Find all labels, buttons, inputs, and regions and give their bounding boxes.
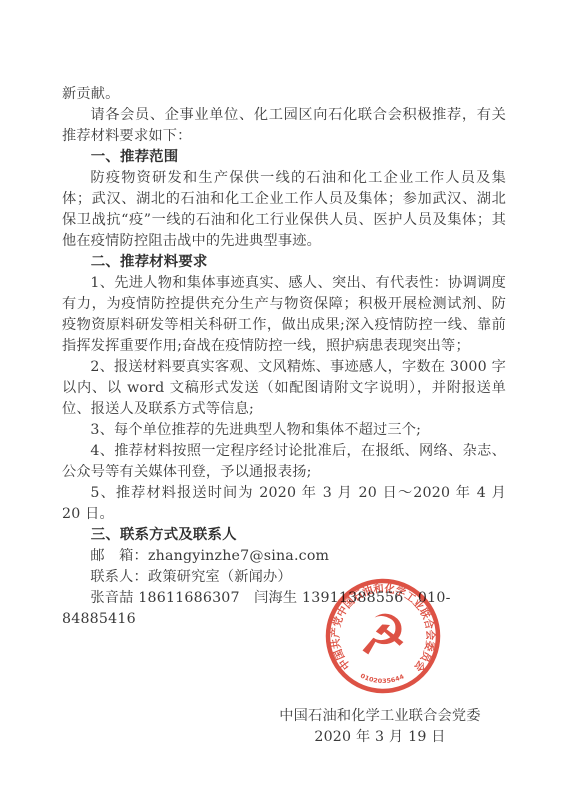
section-heading-3: 三、联系方式及联系人 [62,525,506,546]
paragraph-continuation: 新贡献。 [62,84,506,105]
official-seal: 中国共产党中国石油和化学工业联合会委员会 0102035644 ☭ [323,576,443,696]
signature-block: 中国石油和化学工业联合会党委 2020 年 3 月 19 日 [274,706,486,748]
list-item-2: 2、报送材料要真实客观、文风精炼、事迹感人，字数在 3000 字以内、以 wor… [62,357,506,420]
list-item-1: 1、先进人物和集体事迹真实、感人、突出、有代表性：协调调度有力，为疫情防控提供充… [62,273,506,357]
list-item-3: 3、每个单位推荐的先进典型人物和集体不超过三个; [62,420,506,441]
section-heading-1: 一、推荐范围 [62,147,506,168]
section-heading-2: 二、推荐材料要求 [62,252,506,273]
paragraph-scope: 防疫物资研发和生产保供一线的石油和化工企业工作人员及集体；武汉、湖北的石油和化工… [62,168,506,252]
paragraph-intro: 请各会员、企事业单位、化工园区向石化联合会积极推荐，有关推荐材料要求如下： [62,105,506,147]
list-item-5: 5、推荐材料报送时间为 2020 年 3 月 20 日～2020 年 4 月 2… [62,483,506,525]
hammer-sickle-icon: ☭ [358,604,408,669]
list-item-4: 4、推荐材料按照一定程序经讨论批准后，在报纸、网络、杂志、公众号等有关媒体刊登，… [62,441,506,483]
signature-org: 中国石油和化学工业联合会党委 [274,706,486,727]
signature-date: 2020 年 3 月 19 日 [274,727,486,748]
seal-code-holder: 0102035644 [359,673,405,686]
document-page: 新贡献。 请各会员、企事业单位、化工园区向石化联合会积极推荐，有关推荐材料要求如… [0,0,565,800]
seal-code: 0102035644 [359,673,405,686]
contact-email-line: 邮 箱：zhangyinzhe7@sina.com [62,546,506,567]
